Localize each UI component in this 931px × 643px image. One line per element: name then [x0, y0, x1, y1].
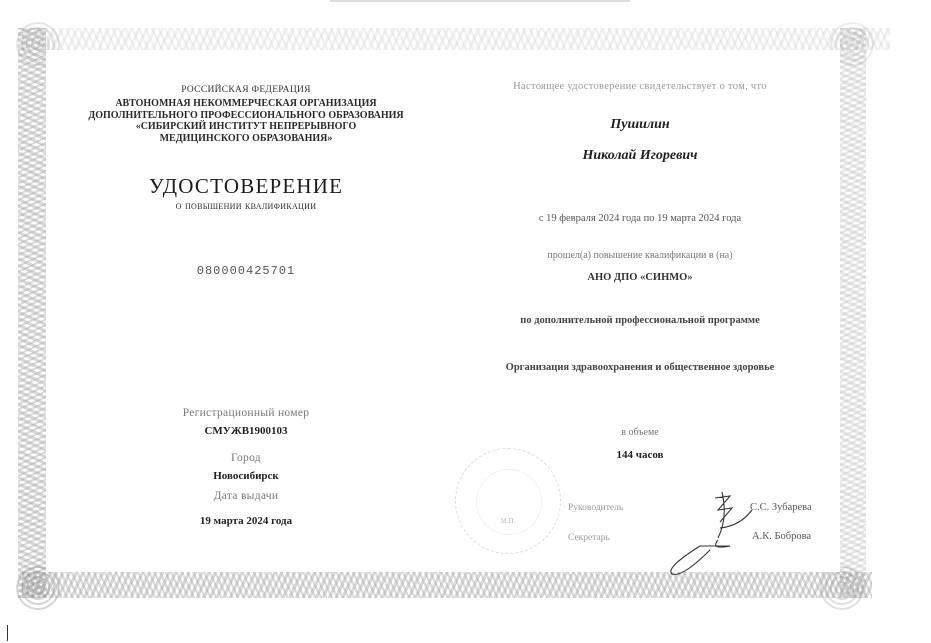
seal-label: М.П.	[456, 517, 560, 525]
organization-line: ДОПОЛНИТЕЛЬНОГО ПРОФЕССИОНАЛЬНОГО ОБРАЗО…	[66, 110, 426, 122]
organization-name: АВТОНОМНАЯ НЕКОММЕРЧЕСКАЯ ОРГАНИЗАЦИЯ ДО…	[66, 98, 426, 144]
scan-mark	[7, 625, 8, 641]
organization-line: «СИБИРСКИЙ ИНСТИТУТ НЕПРЕРЫВНОГО	[66, 121, 426, 133]
document-title: УДОСТОВЕРЕНИЕ	[66, 174, 426, 199]
signatory-name: А.К. Боброва	[752, 531, 811, 542]
organization-line: АВТОНОМНАЯ НЕКОММЕРЧЕСКАЯ ОРГАНИЗАЦИЯ	[66, 98, 426, 110]
issue-date-label: Дата выдачи	[66, 490, 426, 502]
handwritten-signature-icon	[660, 488, 760, 578]
ornamental-border-right	[840, 28, 866, 598]
issue-date-value: 19 марта 2024 года	[66, 515, 426, 527]
registration-number: СМУЖВ1900103	[66, 425, 426, 437]
country-header: РОССИЙСКАЯ ФЕДЕРАЦИЯ	[66, 85, 426, 95]
certificate-intro: Настоящее удостоверение свидетельствует …	[470, 81, 810, 92]
program-name: Организация здравоохранения и общественн…	[470, 362, 810, 373]
scan-edge	[330, 0, 630, 2]
volume-label: в объеме	[470, 427, 810, 438]
city-value: Новосибирск	[66, 470, 426, 482]
registration-label: Регистрационный номер	[66, 407, 426, 419]
ornament-corner-icon	[16, 566, 60, 610]
program-label: по дополнительной профессиональной прогр…	[470, 315, 810, 326]
ornamental-border-left	[18, 28, 46, 598]
city-label: Город	[66, 452, 426, 464]
ornament-corner-icon	[820, 566, 864, 610]
training-period: с 19 февраля 2024 года по 19 марта 2024 …	[470, 213, 810, 224]
holder-given-names: Николай Игоревич	[470, 148, 810, 164]
serial-number: 080000425701	[66, 264, 426, 278]
holder-surname: Пушилин	[470, 117, 810, 133]
document-subtitle: о повышении квалификации	[66, 200, 426, 212]
passed-text: прошел(а) повышение квалификации в (на)	[470, 250, 810, 261]
institution-name: АНО ДПО «СИНМО»	[470, 272, 810, 283]
seal-stamp-icon: М.П.	[455, 448, 561, 554]
organization-line: МЕДИЦИНСКОГО ОБРАЗОВАНИЯ»	[66, 133, 426, 145]
seal-inner-ring	[476, 469, 542, 535]
ornamental-border-top	[22, 28, 890, 50]
signatory-role: Руководитель	[568, 503, 623, 513]
signatory-role: Секретарь	[568, 533, 610, 543]
